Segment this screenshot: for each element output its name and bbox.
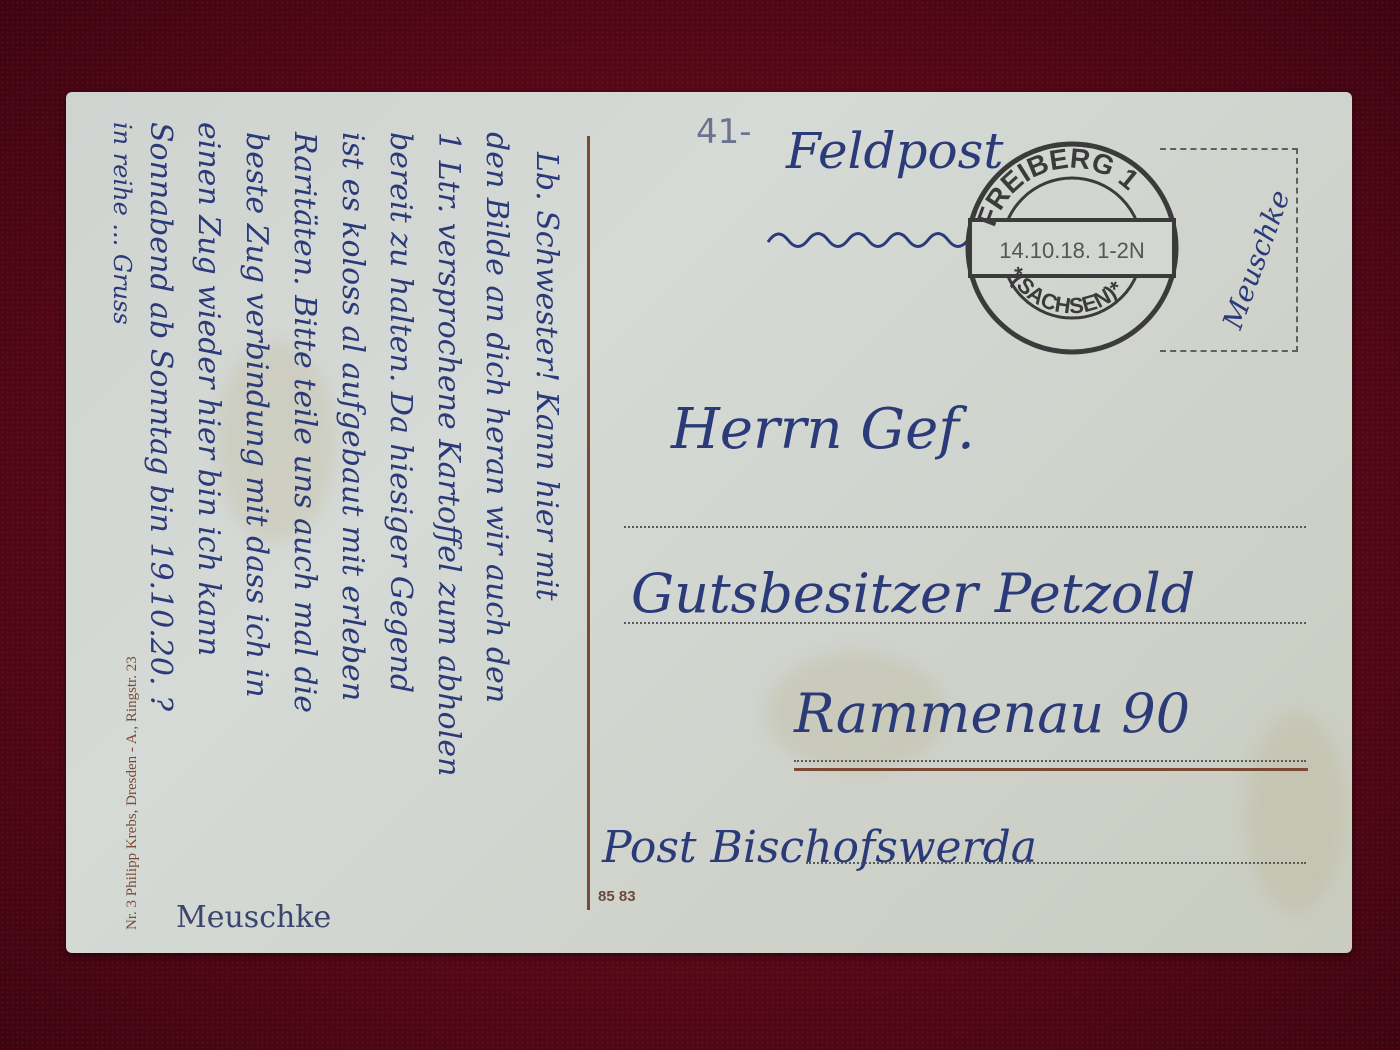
paper-stain	[1246, 712, 1346, 912]
address-rule	[794, 760, 1306, 762]
address-line-2: Gutsbesitzer Petzold	[631, 562, 1195, 625]
message-line: ist es koloss al aufgebaut mit erleben	[335, 132, 370, 701]
address-rule	[624, 622, 1306, 624]
address-line-3: Rammenau 90	[794, 682, 1190, 745]
postcard: Lb. Schwester! Kann hier mit den Bilde a…	[66, 92, 1352, 953]
message-line: einen Zug wieder hier bin ich kann	[191, 122, 226, 656]
address-line-4: Post Bischofswerda	[602, 822, 1037, 873]
message-line: bereit zu halten. Da hiesiger Gegend	[383, 132, 418, 693]
signature: Meuschke	[176, 900, 331, 935]
postmark: FREIBERG 1 14.10.18. 1-2N *(SACHSEN)*	[962, 138, 1182, 358]
message-line: beste Zug verbindung mit dass ich in	[239, 132, 274, 698]
printer-imprint: Nr. 3 Philipp Krebs, Dresden - A., Rings…	[124, 656, 141, 930]
address-underline	[794, 768, 1308, 771]
feldpost-underline-wave	[766, 222, 986, 252]
message-line: in reihe ... Gruss	[108, 122, 136, 325]
pencil-note: 41-	[696, 112, 752, 152]
card-divider-line	[587, 136, 590, 910]
message-line: 1 Ltr. versprochene Kartoffel zum abhole…	[431, 132, 466, 776]
address-rule	[624, 526, 1306, 528]
address-line-1: Herrn Gef.	[671, 397, 975, 462]
message-line: den Bilde an dich heran wir auch den	[479, 132, 514, 703]
message-line: Raritäten. Bitte teile uns auch mal die	[287, 132, 322, 713]
message-line: Lb. Schwester! Kann hier mit	[529, 152, 564, 601]
message-line: Sonnabend ab Sonntag bin 19.10.20. ?	[143, 122, 178, 711]
postmark-date: 14.10.18. 1-2N	[999, 238, 1145, 263]
card-number: 85 83	[598, 888, 636, 905]
address-rule	[806, 862, 1306, 864]
